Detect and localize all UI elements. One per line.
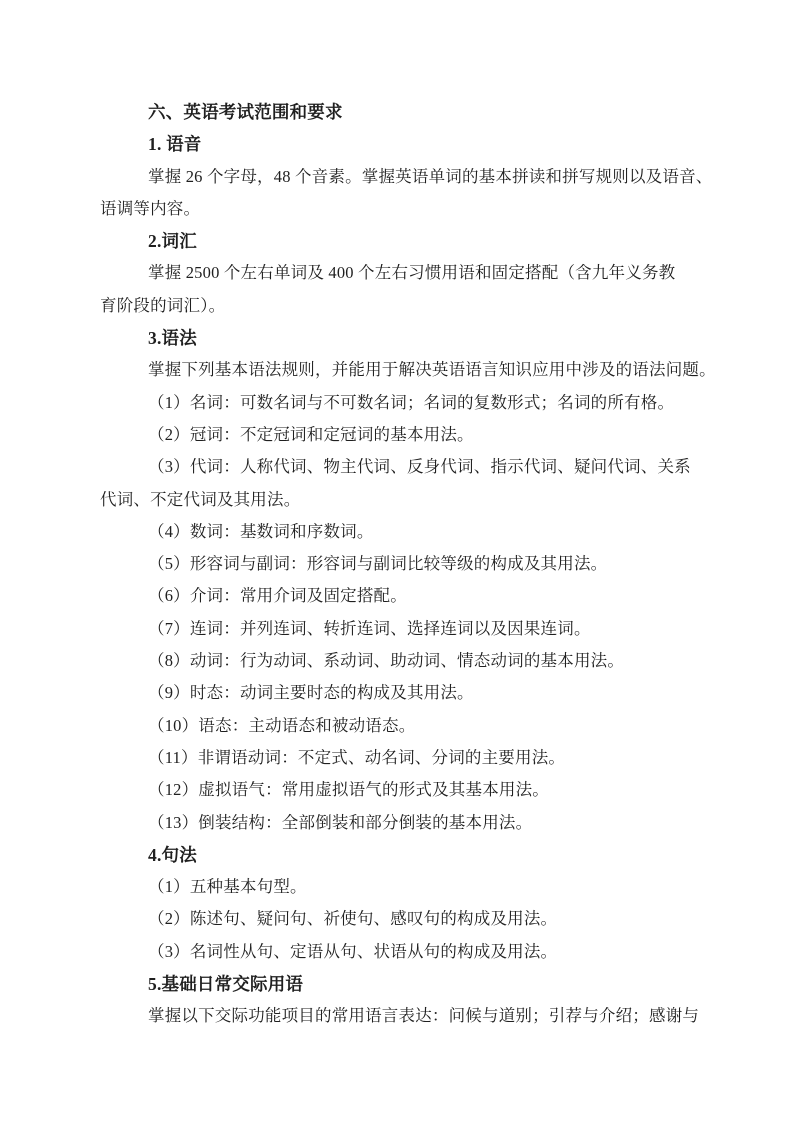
list-item: （7）连词：并列连词、转折连词、选择连词以及因果连词。 bbox=[100, 613, 700, 645]
list-item: （1）五种基本句型。 bbox=[100, 871, 700, 903]
text-line: 掌握 2500 个左右单词及 400 个左右习惯用语和固定搭配（含九年义务教 bbox=[100, 257, 700, 289]
list-item: （2）陈述句、疑问句、祈使句、感叹句的构成及用法。 bbox=[100, 903, 700, 935]
list-item: （10）语态：主动语态和被动语态。 bbox=[100, 710, 700, 742]
list-item: （13）倒装结构：全部倒装和部分倒装的基本用法。 bbox=[100, 807, 700, 839]
list-item: （2）冠词：不定冠词和定冠词的基本用法。 bbox=[100, 419, 700, 451]
list-item: （4）数词：基数词和序数词。 bbox=[100, 516, 700, 548]
document-title: 六、英语考试范围和要求 bbox=[100, 96, 700, 128]
list-item: （11）非谓语动词：不定式、动名词、分词的主要用法。 bbox=[100, 742, 700, 774]
text-line: 掌握 26 个字母，48 个音素。掌握英语单词的基本拼读和拼写规则以及语音、 bbox=[100, 161, 700, 193]
list-item: （1）名词：可数名词与不可数名词；名词的复数形式；名词的所有格。 bbox=[100, 387, 700, 419]
text-line: 掌握以下交际功能项目的常用语言表达：问候与道别；引荐与介绍；感谢与 bbox=[100, 1000, 700, 1032]
text-line: 语调等内容。 bbox=[100, 193, 700, 225]
text-line: 育阶段的词汇）。 bbox=[100, 290, 700, 322]
document-page: 六、英语考试范围和要求 1. 语音 掌握 26 个字母，48 个音素。掌握英语单… bbox=[0, 0, 800, 1131]
document-body: 六、英语考试范围和要求 1. 语音 掌握 26 个字母，48 个音素。掌握英语单… bbox=[100, 96, 700, 1033]
list-item: （9）时态：动词主要时态的构成及其用法。 bbox=[100, 677, 700, 709]
list-item: （12）虚拟语气：常用虚拟语气的形式及其基本用法。 bbox=[100, 774, 700, 806]
list-item: （5）形容词与副词：形容词与副词比较等级的构成及其用法。 bbox=[100, 548, 700, 580]
section-heading-phonetics: 1. 语音 bbox=[100, 128, 700, 160]
list-item-continuation: 代词、不定代词及其用法。 bbox=[100, 484, 700, 516]
section-heading-vocabulary: 2.词汇 bbox=[100, 225, 700, 257]
text-line: 掌握下列基本语法规则，并能用于解决英语语言知识应用中涉及的语法问题。 bbox=[100, 354, 700, 386]
list-item: （8）动词：行为动词、系动词、助动词、情态动词的基本用法。 bbox=[100, 645, 700, 677]
list-item: （3）名词性从句、定语从句、状语从句的构成及用法。 bbox=[100, 936, 700, 968]
list-item: （3）代词：人称代词、物主代词、反身代词、指示代词、疑问代词、关系 bbox=[100, 451, 700, 483]
section-heading-communication: 5.基础日常交际用语 bbox=[100, 968, 700, 1000]
section-heading-syntax: 4.句法 bbox=[100, 839, 700, 871]
list-item: （6）介词：常用介词及固定搭配。 bbox=[100, 580, 700, 612]
section-heading-grammar: 3.语法 bbox=[100, 322, 700, 354]
